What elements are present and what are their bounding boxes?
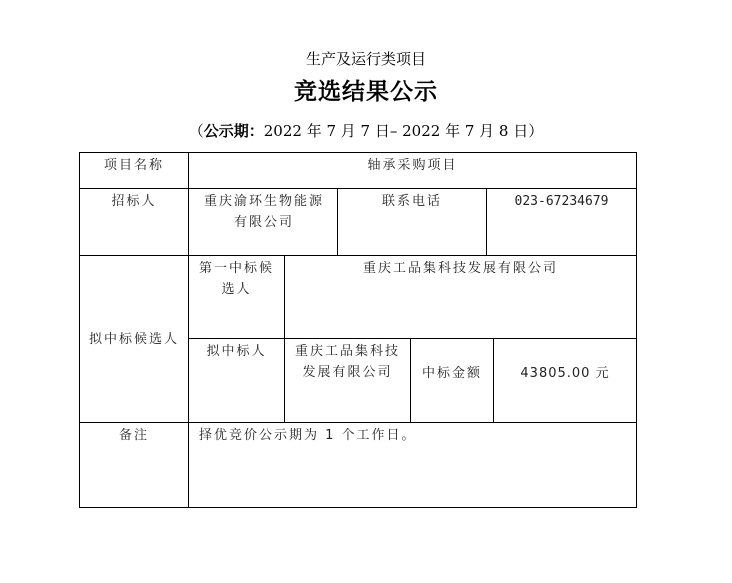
remark-value: 择优竞价公示期为 1 个工作日。 (188, 422, 637, 508)
period-label: 公示期： (204, 122, 264, 140)
amount-value: 43805.00 元 (493, 338, 637, 423)
amount-value-text: 43805.00 元 (520, 363, 609, 384)
amount-label-text: 中标金额 (422, 363, 482, 384)
project-name-label: 项目名称 (79, 152, 189, 189)
first-candidate-value: 重庆工品集科技发展有限公司 (284, 255, 637, 339)
proposed-winner-value: 重庆工品集科技发展有限公司 (284, 338, 411, 423)
document-subtitle: 生产及运行类项目 (0, 48, 732, 69)
remark-label: 备注 (79, 422, 189, 508)
contact-label: 联系电话 (337, 188, 487, 256)
contact-value: 023-67234679 (486, 188, 637, 256)
candidate-group-label: 拟中标候选人 (79, 255, 189, 423)
candidate-group-text: 拟中标候选人 (89, 329, 179, 350)
document-title: 竞选结果公示 (0, 73, 732, 106)
tenderer-label: 招标人 (79, 188, 189, 256)
period-close-paren: ） (528, 122, 543, 140)
period-open-paren: （ (189, 122, 204, 140)
project-name-value: 轴承采购项目 (188, 152, 637, 189)
tenderer-value: 重庆渝环生物能源有限公司 (188, 188, 338, 256)
publicity-period: （公示期：2022 年 7 月 7 日– 2022 年 7 月 8 日） (0, 120, 732, 141)
first-candidate-label: 第一中标候选人 (188, 255, 285, 339)
period-value: 2022 年 7 月 7 日– 2022 年 7 月 8 日 (264, 122, 528, 140)
proposed-winner-label: 拟中标人 (188, 338, 285, 423)
amount-label: 中标金额 (410, 338, 494, 423)
